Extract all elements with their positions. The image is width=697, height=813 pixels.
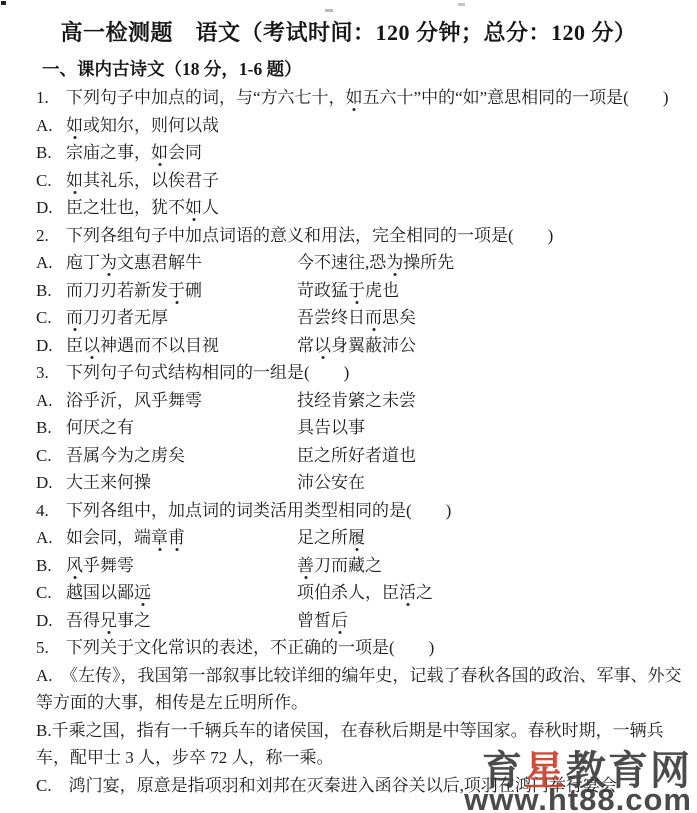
exam-document-page: 高一检测题 语文（考试时间：120 分钟；总分：120 分） 一、课内古诗文（1… <box>0 0 697 813</box>
option-col1: 如其礼乐，以俟君子 <box>66 167 297 195</box>
option-label: A. <box>36 387 66 415</box>
option-row: A.如或知尔，则何以哉 <box>36 112 687 140</box>
emphasized-char: 如 <box>66 116 83 135</box>
option-col1: 浴乎沂，风乎舞雩 <box>66 387 297 415</box>
option-row: C.而刀刃者无厚吾尝终日而思矣 <box>36 304 687 332</box>
scan-artifact <box>1 1 6 5</box>
question-stem: 4.下列各组中，加点词的词类活用类型相同的是( ) <box>36 497 687 525</box>
option-label: C. <box>36 579 66 607</box>
option-label: B. <box>36 277 66 305</box>
option-col1: 如或知尔，则何以哉 <box>66 112 297 140</box>
option-col1: 而刀刃若新发于硎 <box>66 277 297 305</box>
option-col2: 臣之所好者道也 <box>297 442 687 470</box>
emphasized-char: 履 <box>348 528 365 547</box>
scan-artifact <box>325 9 333 12</box>
emphasized-char: 善 <box>297 556 314 575</box>
question-stem-text: 下列关于文化常识的表述，不正确的一项是( ) <box>66 638 434 657</box>
option-col1: 如会同，端章甫 <box>66 524 297 552</box>
option-col2: 今不速往,恐为操所先 <box>297 249 687 277</box>
option-paragraph: C. 鸿门宴，原意是指项羽和刘邦在灭秦进入函谷关以后,项羽在鸿门举行宴会 <box>36 772 687 800</box>
option-label: D. <box>36 194 66 222</box>
emphasized-char: 活 <box>399 583 416 602</box>
option-col1: 臣之壮也，犹不如人 <box>66 194 297 222</box>
section-heading: 一、课内古诗文（18 分，1-6 题） <box>42 56 697 81</box>
option-label: C. <box>36 167 66 195</box>
option-row: D.大王来何操沛公安在 <box>36 469 687 497</box>
question-2: 2.下列各组句子中加点词语的意义和用法，完全相同的一项是( )A.庖丁为文惠君解… <box>36 222 687 360</box>
option-col2: 常以身翼蔽沛公 <box>297 332 687 360</box>
option-paragraph: A. 《左传》，我国第一部叙事比较详细的编年史，记载了春秋各国的政治、军事、外交… <box>36 662 687 717</box>
option-col2: 沛公安在 <box>297 469 687 497</box>
emphasized-char: 而 <box>365 308 382 327</box>
option-row: B.风乎舞雩善刀而藏之 <box>36 552 687 580</box>
option-row: C.如其礼乐，以俟君子 <box>36 167 687 195</box>
option-col1: 吾得兄事之 <box>66 607 297 635</box>
question-stem-text: 下列各组句子中加点词语的意义和用法，完全相同的一项是( ) <box>66 226 553 245</box>
option-label: A. <box>36 112 66 140</box>
option-col2: 曾皙后 <box>297 607 687 635</box>
scan-artifact <box>458 3 465 6</box>
emphasized-char: 如 <box>151 143 168 162</box>
option-label: D. <box>36 332 66 360</box>
emphasized-char: 如 <box>185 198 202 217</box>
question-stem: 5.下列关于文化常识的表述，不正确的一项是( ) <box>36 634 687 662</box>
question-number: 2. <box>36 222 66 250</box>
option-col2: 足之所履 <box>297 524 687 552</box>
option-col1: 风乎舞雩 <box>66 552 297 580</box>
question-number: 3. <box>36 359 66 387</box>
option-row: D.臣之壮也，犹不如人 <box>36 194 687 222</box>
question-4: 4.下列各组中，加点词的词类活用类型相同的是( )A.如会同，端章甫足之所履B.… <box>36 497 687 635</box>
question-1: 1.下列句子中加点的词，与“方六七十，如五六十”中的“如”意思相同的一项是( )… <box>36 84 687 222</box>
page-title: 高一检测题 语文（考试时间：120 分钟；总分：120 分） <box>0 16 697 47</box>
question-5: 5.下列关于文化常识的表述，不正确的一项是( )A. 《左传》，我国第一部叙事比… <box>36 634 687 799</box>
option-col2: 技经肯綮之未尝 <box>297 387 687 415</box>
question-stem: 1.下列句子中加点的词，与“方六七十，如五六十”中的“如”意思相同的一项是( ) <box>36 84 687 112</box>
option-row: A.庖丁为文惠君解牛今不速往,恐为操所先 <box>36 249 687 277</box>
emphasized-char: 如 <box>66 171 83 190</box>
option-label: B. <box>36 139 66 167</box>
option-row: B.何厌之有具告以事 <box>36 414 687 442</box>
emphasized-char: 以 <box>314 336 331 355</box>
option-col1: 吾属今为之虏矣 <box>66 442 297 470</box>
option-label: C. <box>36 304 66 332</box>
option-col1: 臣以神遇而不以目视 <box>66 332 297 360</box>
option-row: C.越国以鄙远项伯杀人，臣活之 <box>36 579 687 607</box>
option-col1: 越国以鄙远 <box>66 579 297 607</box>
option-col2: 苛政猛于虎也 <box>297 277 687 305</box>
emphasized-char: 于 <box>168 281 185 300</box>
option-label: A. <box>36 524 66 552</box>
option-label: B. <box>36 552 66 580</box>
emphasized-char: 而 <box>66 308 83 327</box>
option-row: A.如会同，端章甫足之所履 <box>36 524 687 552</box>
option-row: C.吾属今为之虏矣臣之所好者道也 <box>36 442 687 470</box>
option-row: D.吾得兄事之曾皙后 <box>36 607 687 635</box>
emphasized-char: 章 <box>151 528 168 547</box>
option-label: D. <box>36 607 66 635</box>
emphasized-char: 以 <box>83 336 100 355</box>
option-col1: 大王来何操 <box>66 469 297 497</box>
option-col2: 项伯杀人，臣活之 <box>297 579 687 607</box>
option-row: A.浴乎沂，风乎舞雩技经肯綮之未尝 <box>36 387 687 415</box>
emphasized-char: 兄 <box>100 611 117 630</box>
emphasized-char: 为 <box>100 253 117 272</box>
question-stem: 2.下列各组句子中加点词语的意义和用法，完全相同的一项是( ) <box>36 222 687 250</box>
option-col2: 吾尝终日而思矣 <box>297 304 687 332</box>
question-stem-text: 下列各组中，加点词的词类活用类型相同的是( ) <box>66 501 451 520</box>
emphasized-char: 甫 <box>168 528 185 547</box>
question-stem-text: 下列句子句式结构相同的一组是( ) <box>66 363 349 382</box>
option-col2: 具告以事 <box>297 414 687 442</box>
emphasized-char: 风 <box>66 556 83 575</box>
option-row: B.宗庙之事，如会同 <box>36 139 687 167</box>
option-label: A. <box>36 249 66 277</box>
option-paragraph: B.千乘之国，指有一千辆兵车的诸侯国，在春秋后期是中等国家。春秋时期，一辆兵车，… <box>36 717 687 772</box>
emphasized-char: 如 <box>346 88 363 107</box>
emphasized-char: 后 <box>331 611 348 630</box>
question-3: 3.下列句子句式结构相同的一组是( )A.浴乎沂，风乎舞雩技经肯綮之未尝B.何厌… <box>36 359 687 497</box>
emphasized-char: 远 <box>134 583 151 602</box>
option-row: D.臣以神遇而不以目视常以身翼蔽沛公 <box>36 332 687 360</box>
option-col1: 庖丁为文惠君解牛 <box>66 249 297 277</box>
option-label: B. <box>36 414 66 442</box>
question-number: 4. <box>36 497 66 525</box>
emphasized-char: 于 <box>348 281 365 300</box>
option-col1: 何厌之有 <box>66 414 297 442</box>
option-row: B.而刀刃若新发于硎苛政猛于虎也 <box>36 277 687 305</box>
questions: 1.下列句子中加点的词，与“方六七十，如五六十”中的“如”意思相同的一项是( )… <box>36 84 687 799</box>
question-stem: 3.下列句子句式结构相同的一组是( ) <box>36 359 687 387</box>
question-number: 1. <box>36 84 66 112</box>
question-stem-text: 下列句子中加点的词，与“方六七十，如五六十”中的“如”意思相同的一项是( ) <box>66 88 669 107</box>
option-label: D. <box>36 469 66 497</box>
option-col1: 而刀刃者无厚 <box>66 304 297 332</box>
option-col2: 善刀而藏之 <box>297 552 687 580</box>
emphasized-char: 为 <box>386 253 403 272</box>
option-col1: 宗庙之事，如会同 <box>66 139 297 167</box>
option-label: C. <box>36 442 66 470</box>
question-number: 5. <box>36 634 66 662</box>
